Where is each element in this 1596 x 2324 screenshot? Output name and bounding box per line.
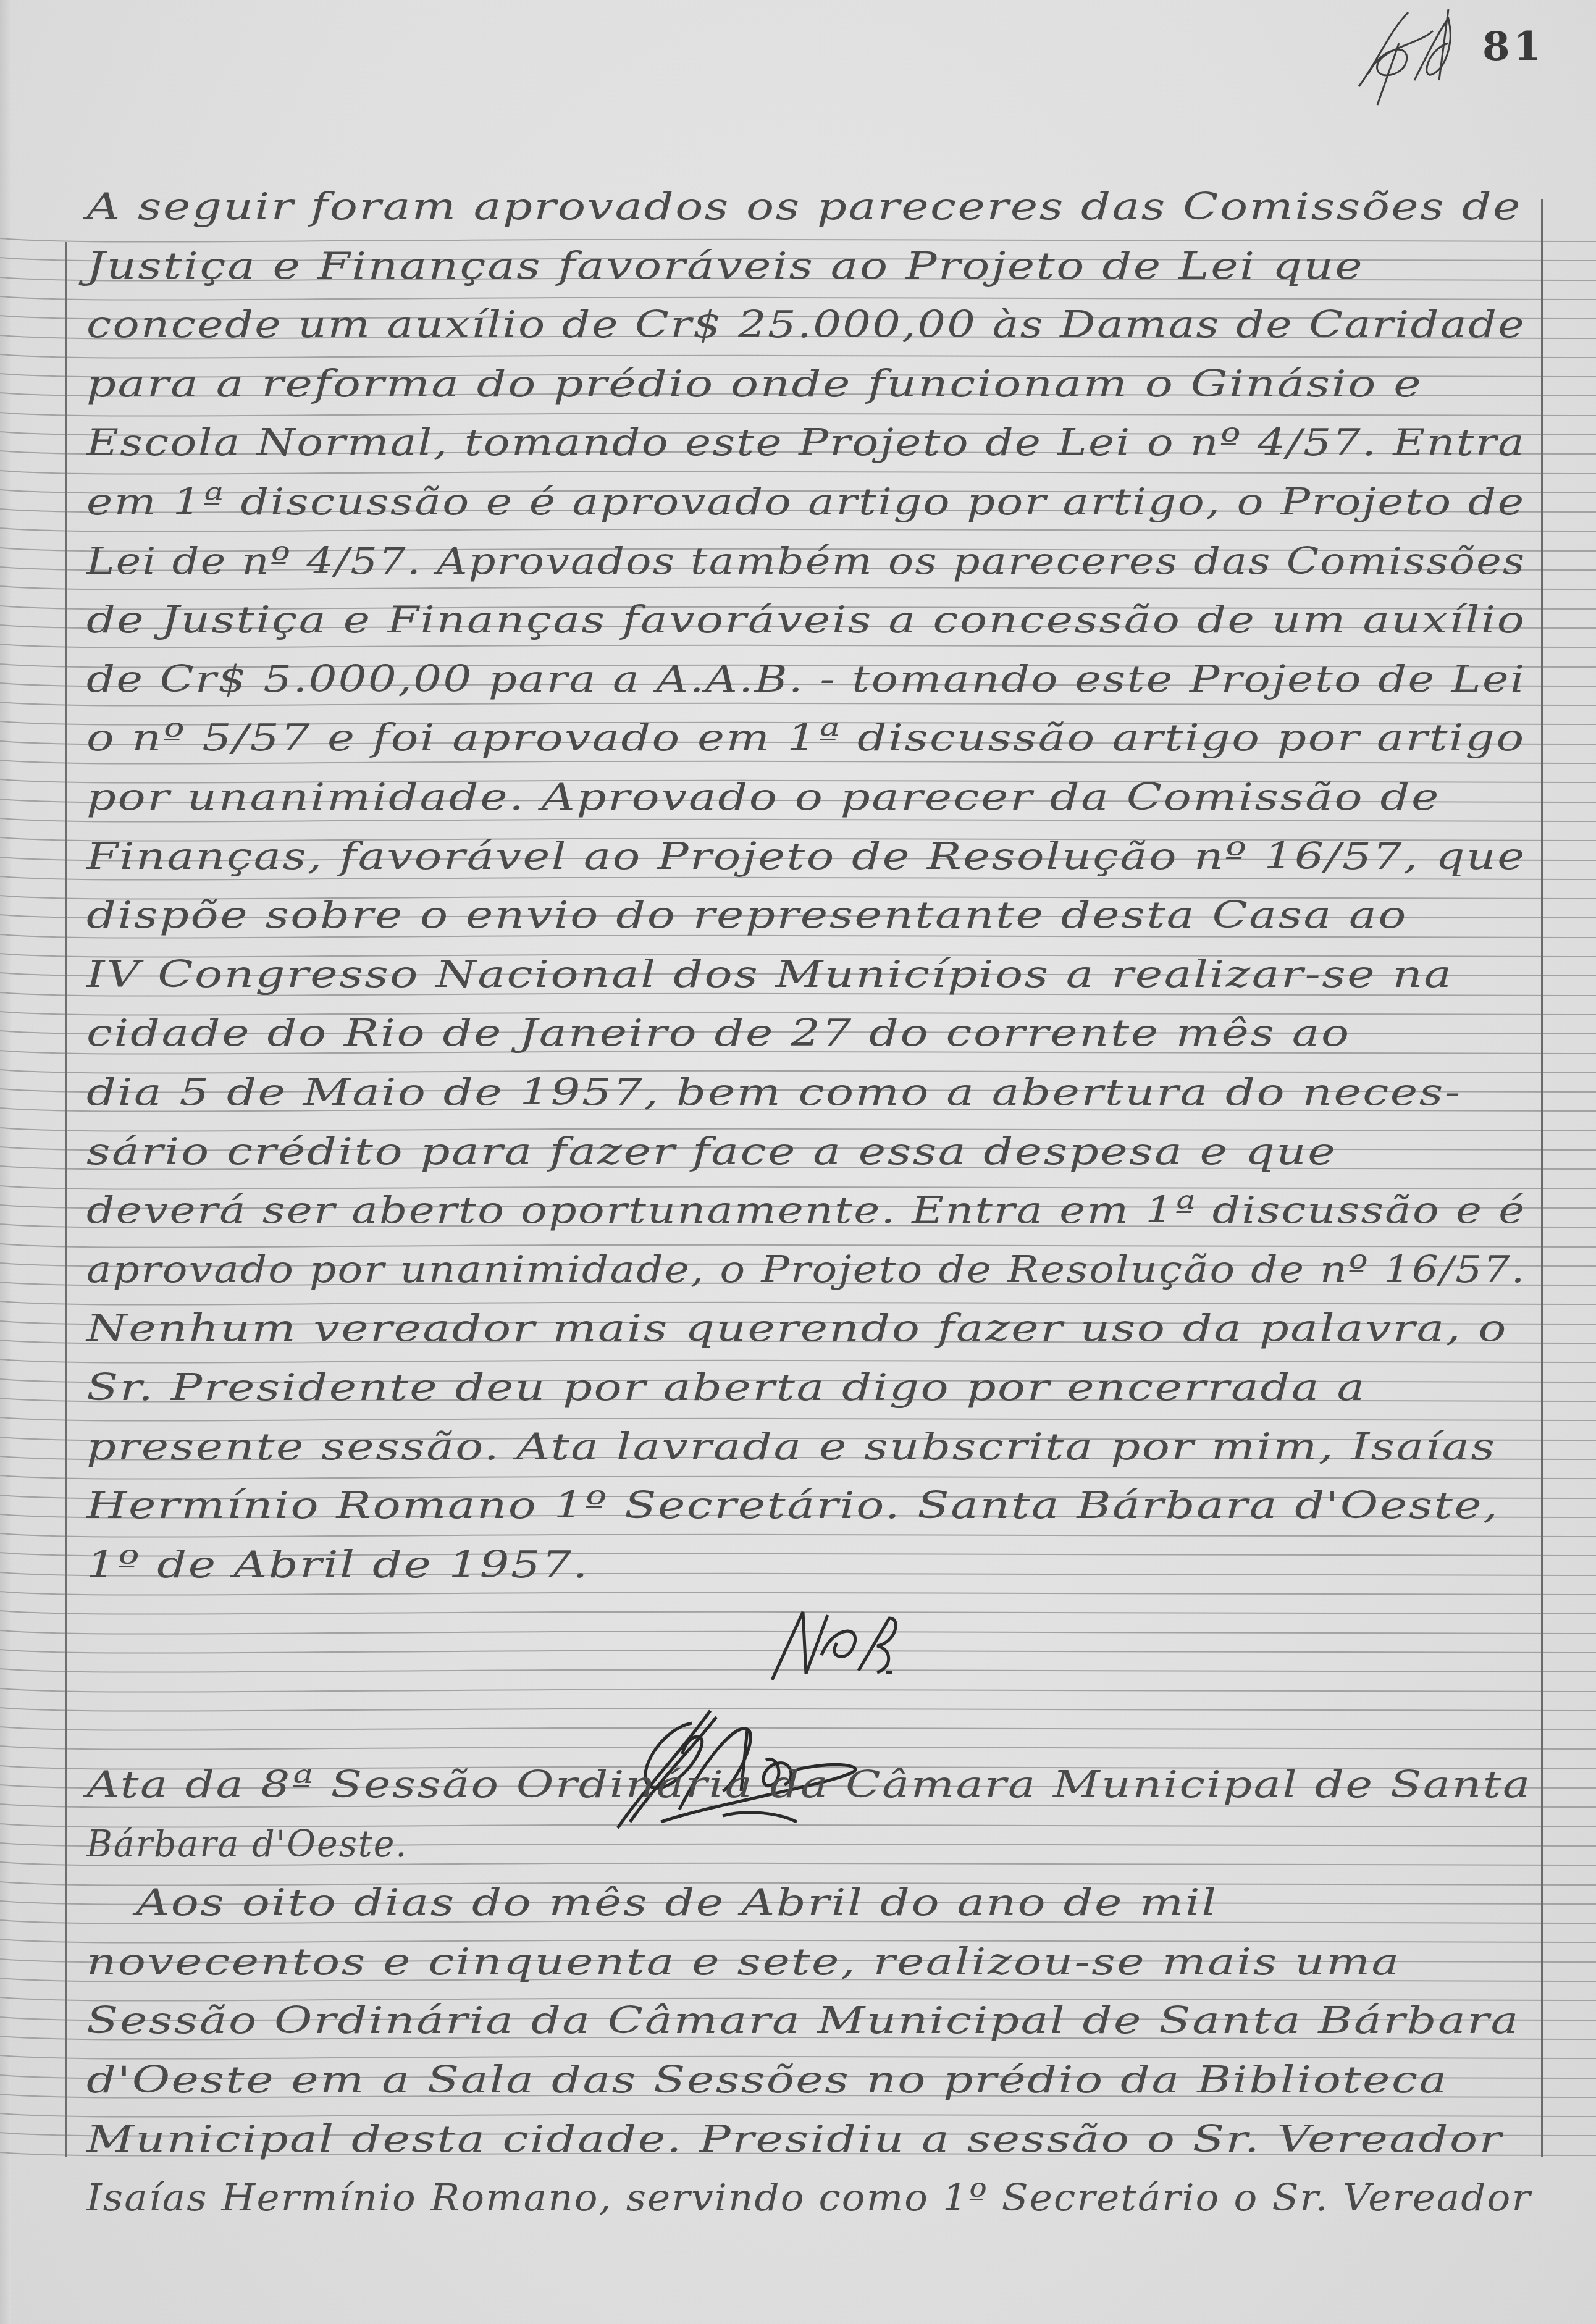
handwritten-line: presente sessão. Ata lavrada e subscrita… [86, 1425, 1496, 1485]
handwritten-line: em 1ª discussão e é aprovado artigo por … [86, 480, 1526, 540]
handwritten-line: aprovado por unanimidade, o Projeto de R… [86, 1248, 1526, 1307]
handwritten-line: de Cr$ 5.000,00 para a A.A.B. - tomando … [86, 658, 1526, 717]
handwritten-line: concede um auxílio de Cr$ 25.000,00 às D… [86, 303, 1526, 363]
handwritten-line: deverá ser aberto oportunamente. Entra e… [86, 1189, 1526, 1248]
right-margin-line [1541, 199, 1543, 2157]
left-margin-line [65, 242, 67, 2157]
handwritten-line: Sessão Ordinária da Câmara Municipal de … [86, 1999, 1520, 2058]
handwritten-line: 1º de Abril de 1957. [86, 1543, 589, 1603]
handwritten-line: Hermínio Romano 1º Secretário. Santa Bár… [86, 1484, 1500, 1543]
ledger-page: 81 A seguir foram aprovados os pareceres… [0, 0, 1596, 2324]
handwritten-line: o nº 5/57 e foi aprovado em 1ª discussão… [86, 716, 1526, 776]
handwritten-line: Isaías Hermínio Romano, servindo como 1º… [86, 2176, 1532, 2236]
initials-signature-icon [760, 1600, 908, 1692]
binding-edge [0, 0, 11, 2324]
handwritten-line: d'Oeste em a Sala das Sessões no prédio … [86, 2058, 1448, 2118]
handwritten-line: Aos oito dias do mês de Abril do ano de … [136, 1881, 1218, 1940]
handwritten-line: por unanimidade. Aprovado o parecer da C… [86, 776, 1440, 835]
handwritten-line: para a reforma do prédio onde funcionam … [86, 363, 1422, 422]
section-title-line: Ata da 8ª Sessão Ordinária da Câmara Mun… [86, 1763, 1532, 1823]
handwritten-line: IV Congresso Nacional dos Municípios a r… [86, 953, 1453, 1012]
handwritten-line: Sr. Presidente deu por aberta digo por e… [86, 1366, 1366, 1425]
page-number: 81 [1482, 23, 1545, 70]
handwritten-line: Finanças, favorável ao Projeto de Resolu… [86, 835, 1526, 894]
handwritten-line: sário crédito para fazer face a essa des… [86, 1130, 1337, 1189]
corner-signature-icon [1340, 6, 1476, 111]
handwritten-line: novecentos e cinquenta e sete, realizou-… [86, 1940, 1401, 2000]
section-title-line: Bárbara d'Oeste. [86, 1823, 408, 1882]
handwritten-line: A seguir foram aprovados os pareceres da… [86, 185, 1522, 245]
handwritten-line: cidade do Rio de Janeiro de 27 do corren… [86, 1012, 1351, 1071]
handwritten-line: Municipal desta cidade. Presidiu a sessã… [86, 2118, 1503, 2177]
handwritten-line: dia 5 de Maio de 1957, bem como a abertu… [86, 1071, 1462, 1130]
handwritten-line: Justiça e Finanças favoráveis ao Projeto… [86, 245, 1364, 304]
handwritten-line: de Justiça e Finanças favoráveis a conce… [86, 598, 1526, 658]
handwritten-line: Lei de nº 4/57. Aprovados também os pare… [86, 540, 1526, 599]
handwritten-line: Nenhum vereador mais querendo fazer uso … [86, 1307, 1508, 1366]
handwritten-line: dispõe sobre o envio do representante de… [86, 894, 1408, 953]
handwritten-line: Escola Normal, tomando este Projeto de L… [86, 421, 1526, 480]
